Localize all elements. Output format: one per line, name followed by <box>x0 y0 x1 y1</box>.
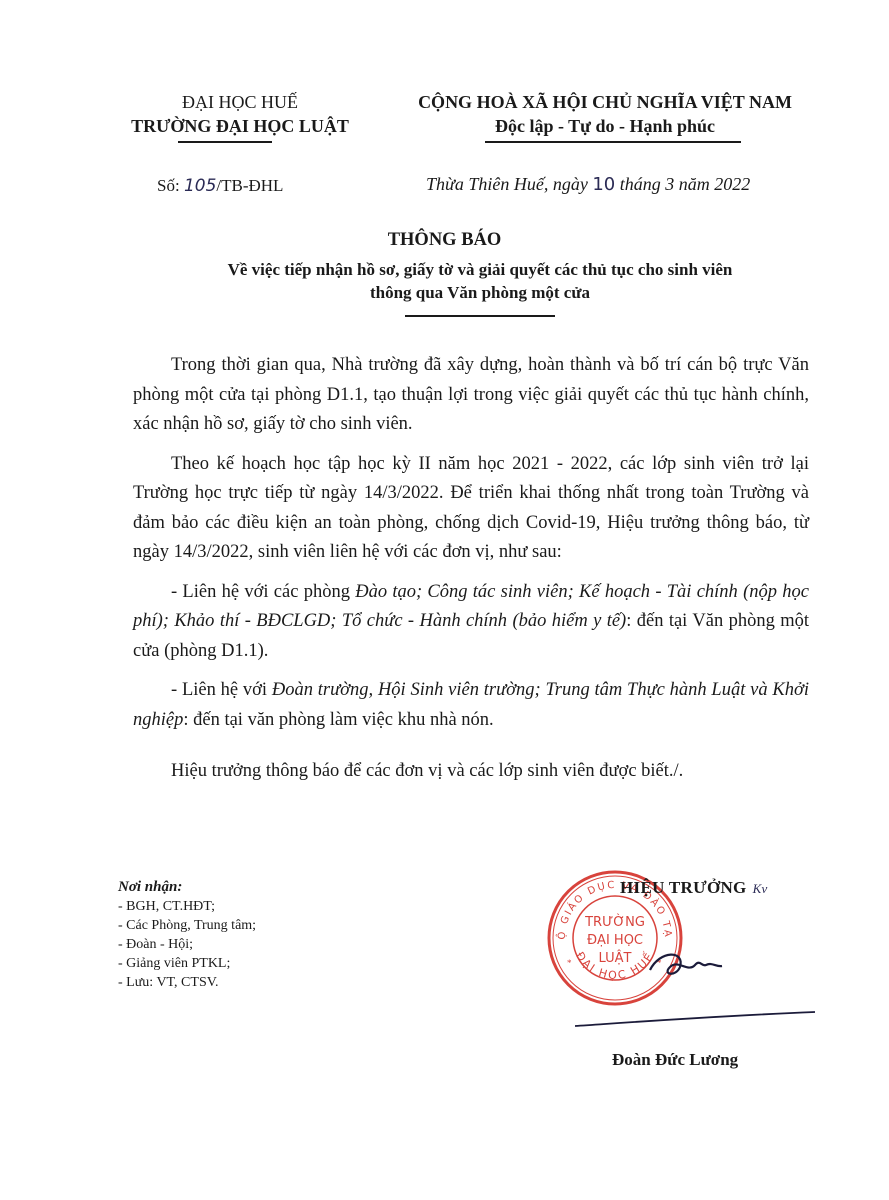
recipients-list: Nơi nhận: - BGH, CT.HĐT; - Các Phòng, Tr… <box>118 878 256 992</box>
list-item: - Lưu: VT, CTSV. <box>118 973 256 992</box>
document-title: THÔNG BÁO <box>0 230 889 251</box>
list-item: - Giảng viên PTKL; <box>118 954 256 973</box>
subject-underline <box>405 315 555 317</box>
signature-stroke-icon <box>575 1010 815 1030</box>
handwritten-day: 10 <box>592 174 615 195</box>
list-item-one-stop-office: - Liên hệ với các phòng Đào tạo; Công tá… <box>133 578 809 667</box>
svg-text:LUẬT: LUẬT <box>599 950 632 966</box>
svg-text:ĐẠI HỌC: ĐẠI HỌC <box>587 933 643 948</box>
list-item-union-office: - Liên hệ với Đoàn trường, Hội Sinh viên… <box>133 676 809 735</box>
signer-name: Đoàn Đức Lương <box>612 1050 738 1070</box>
document-body: Trong thời gian qua, Nhà trường đã xây d… <box>133 351 809 797</box>
signer-title: HIỆU TRƯỞNGKv <box>620 878 768 898</box>
signature-icon <box>640 945 760 985</box>
national-header: CỘNG HOÀ XÃ HỘI CHỦ NGHĨA VIỆT NAM Độc l… <box>395 90 815 138</box>
nation-name: CỘNG HOÀ XÃ HỘI CHỦ NGHĨA VIỆT NAM <box>395 90 815 114</box>
paragraph-plan: Theo kế hoạch học tập học kỳ II năm học … <box>133 450 809 568</box>
svg-text:*: * <box>567 958 572 968</box>
document-date: Thừa Thiên Huế, ngày 10 tháng 3 năm 2022 <box>426 174 750 195</box>
document-subject: Về việc tiếp nhận hồ sơ, giấy tờ và giải… <box>130 258 830 304</box>
national-motto: Độc lập - Tự do - Hạnh phúc <box>395 114 815 138</box>
organization-name: TRƯỜNG ĐẠI HỌC LUẬT <box>120 114 360 138</box>
list-item: - BGH, CT.HĐT; <box>118 897 256 916</box>
list-item: - Đoàn - Hội; <box>118 935 256 954</box>
issuing-organization: ĐẠI HỌC HUẾ TRƯỜNG ĐẠI HỌC LUẬT <box>120 90 360 138</box>
parent-organization: ĐẠI HỌC HUẾ <box>120 90 360 114</box>
svg-text:TRƯỜNG: TRƯỜNG <box>584 914 645 930</box>
handwritten-initials: Kv <box>753 881 768 896</box>
document-number: Số: 105/TB-ĐHL <box>157 176 283 196</box>
handwritten-number: 105 <box>184 176 216 196</box>
recipients-heading: Nơi nhận: <box>118 878 256 897</box>
closing-paragraph: Hiệu trưởng thông báo để các đơn vị và c… <box>133 757 809 787</box>
org-underline <box>178 141 272 143</box>
motto-underline <box>485 141 741 143</box>
paragraph-intro: Trong thời gian qua, Nhà trường đã xây d… <box>133 351 809 440</box>
list-item: - Các Phòng, Trung tâm; <box>118 916 256 935</box>
